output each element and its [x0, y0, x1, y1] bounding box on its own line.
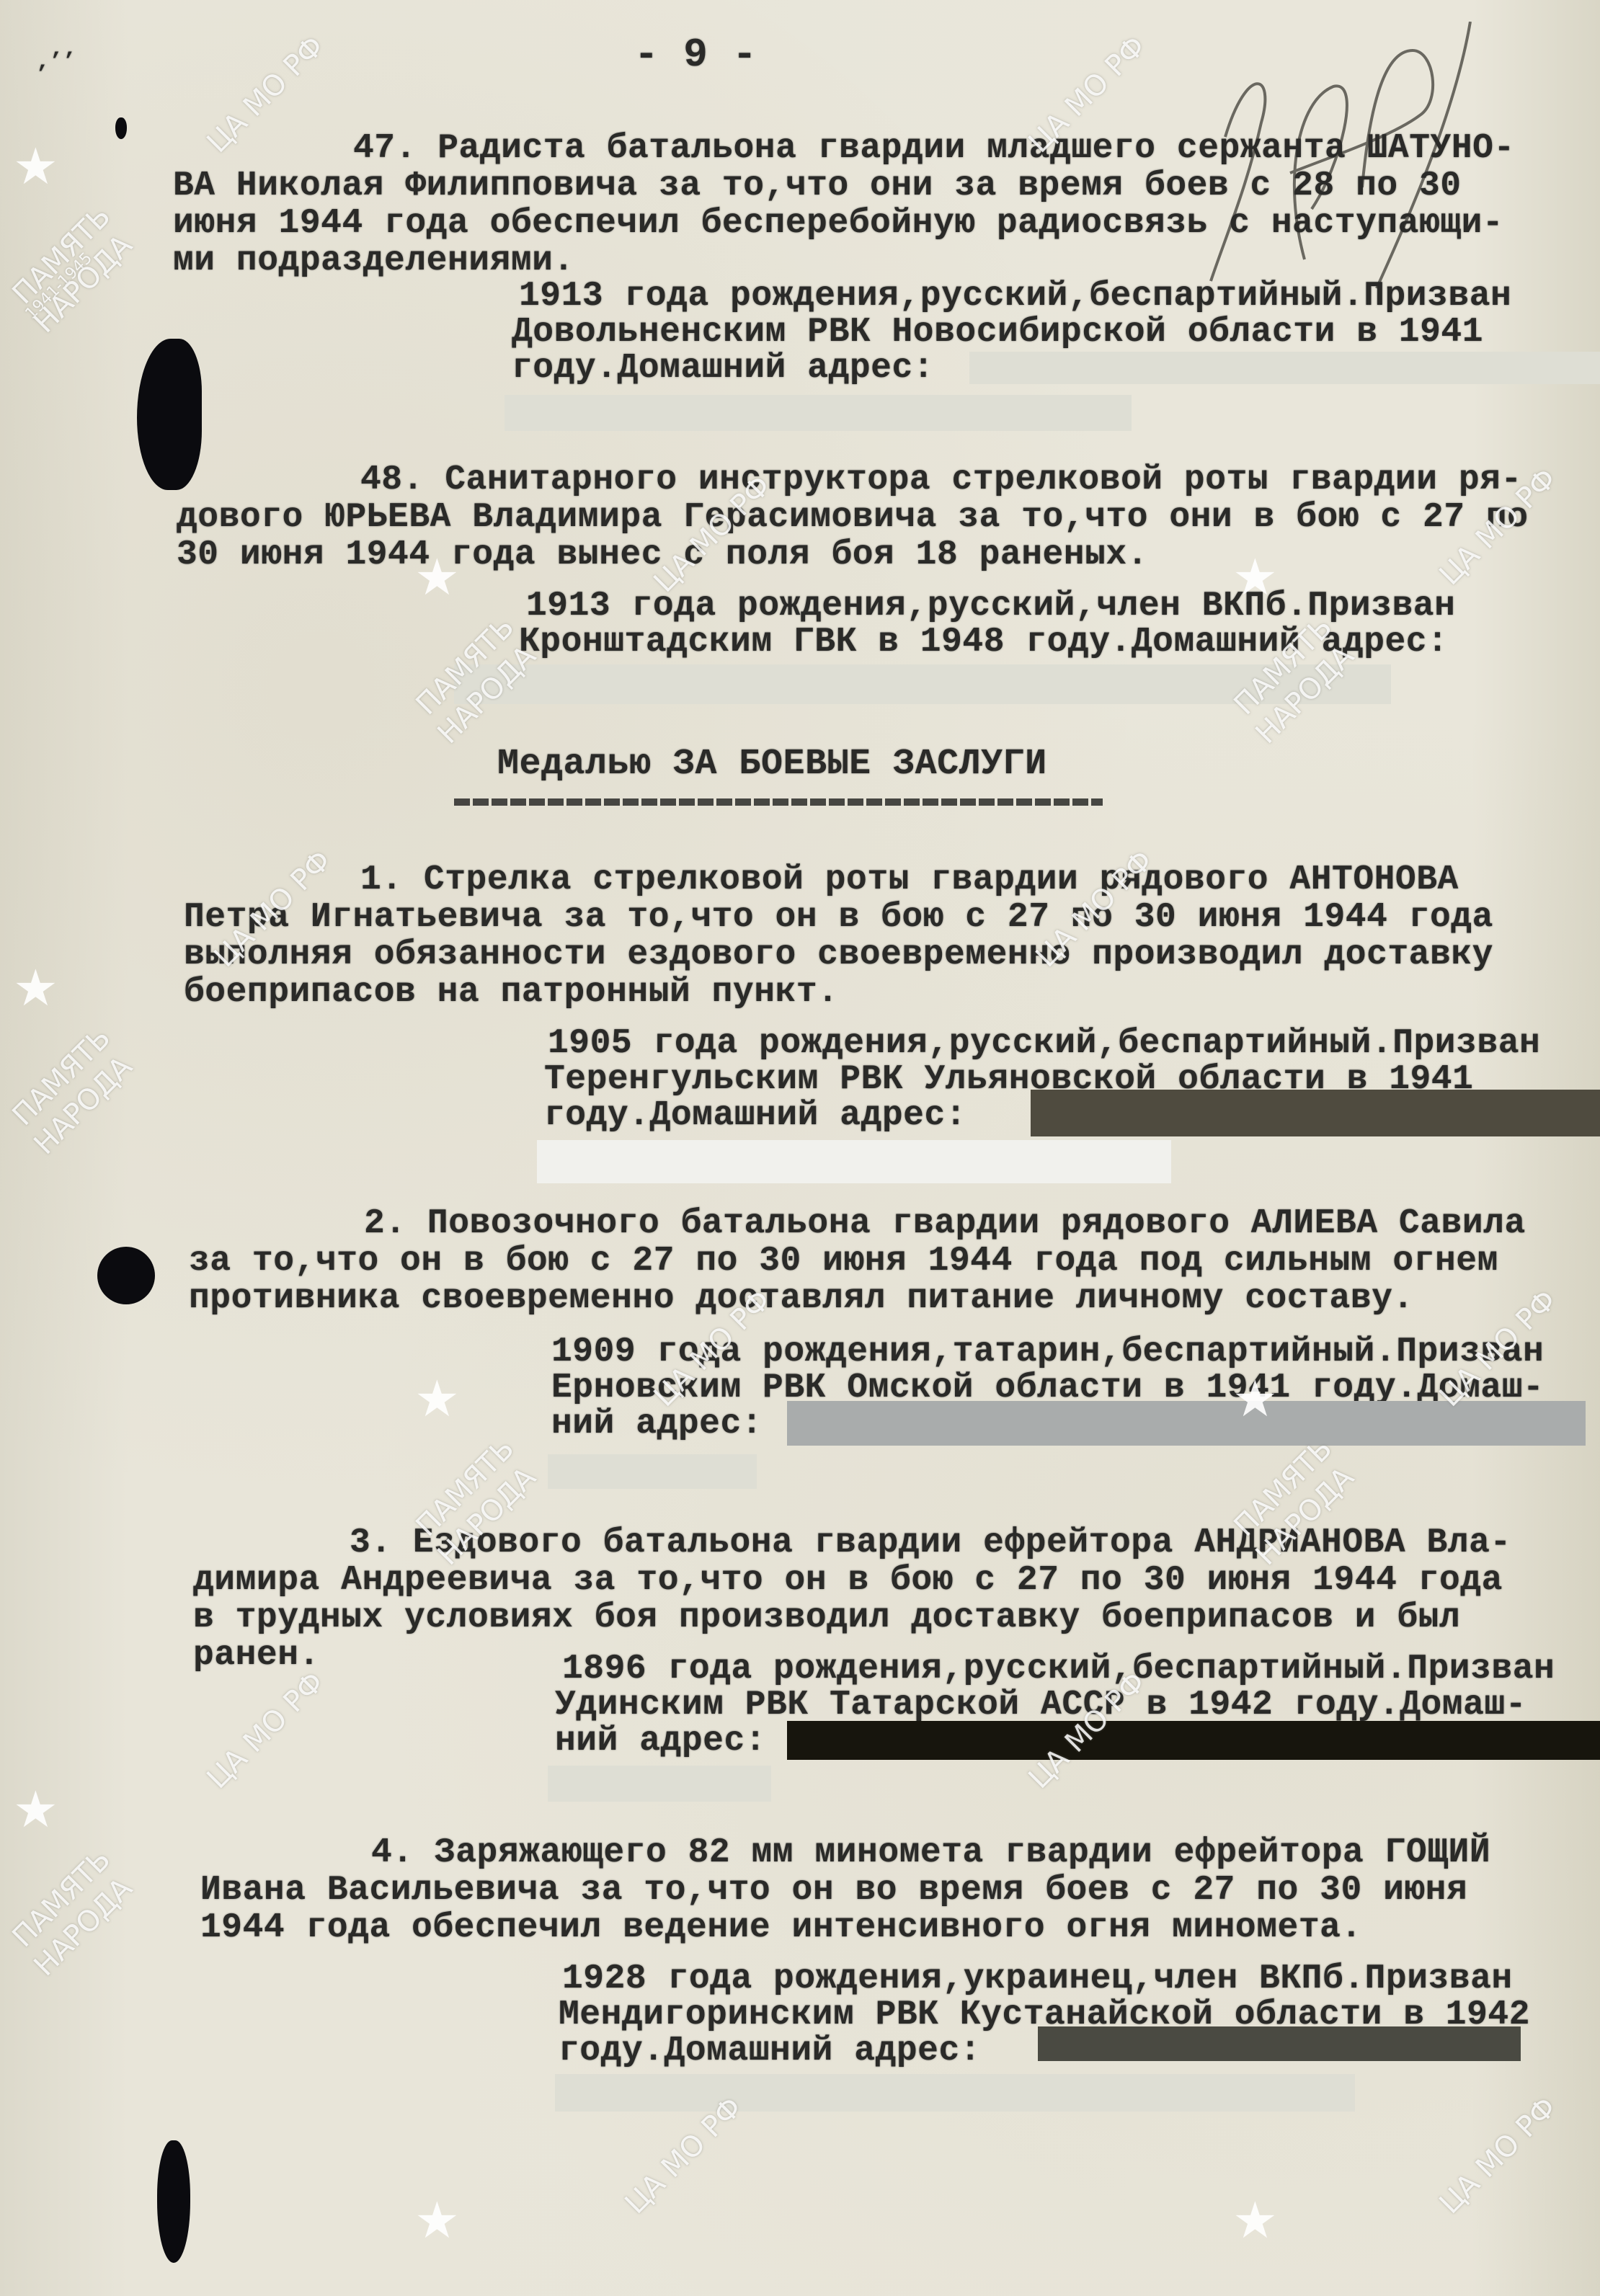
punch-hole	[157, 2140, 190, 2263]
star-icon: ★	[414, 548, 460, 607]
section-heading: Медалью ЗА БОЕВЫЕ ЗАСЛУГИ	[497, 746, 1047, 783]
star-icon: ★	[1232, 1369, 1278, 1428]
entry-bio-line: ний адрес:	[555, 1722, 766, 1760]
entry-text-line: 48. Санитарного инструктора стрелковой р…	[360, 461, 1522, 499]
redaction-bar	[1038, 2026, 1521, 2061]
entry-text-line: боеприпасов на патронный пункт.	[184, 974, 838, 1011]
star-icon: ★	[1232, 2191, 1278, 2250]
entry-text-line: 1. Стрелка стрелковой роты гвардии рядов…	[360, 861, 1459, 899]
entry-text-line: ВА Николая Филипповича за то,что они за …	[173, 167, 1462, 205]
entry-text-line: 2. Повозочного батальона гвардии рядовог…	[364, 1205, 1526, 1242]
punch-hole	[97, 1247, 155, 1304]
entry-bio-line: 1905 года рождения,русский,беспартийный.…	[548, 1025, 1540, 1062]
redaction-bar	[505, 395, 1132, 431]
redaction-bar	[1031, 1090, 1600, 1136]
star-icon: ★	[13, 958, 58, 1018]
redaction-bar	[548, 1766, 771, 1802]
corner-marks: ‚’’	[36, 43, 76, 81]
page-number: - 9 -	[634, 36, 757, 74]
entry-text-line: Петра Игнатьевича за то,что он в бою с 2…	[184, 899, 1493, 936]
redaction-bar	[787, 1721, 1600, 1760]
punch-hole	[137, 339, 202, 490]
watermark-archive: ЦА МО РФ	[1434, 2092, 1562, 2220]
entry-text-line: 4. Заряжающего 82 мм миномета гвардии еф…	[371, 1834, 1490, 1872]
entry-text-line: дового ЮРЬЕВА Владимира Герасимовича за …	[177, 499, 1529, 536]
entry-bio-line: году.Домашний адрес:	[544, 1097, 966, 1134]
entry-bio-line: году.Домашний адрес:	[559, 2032, 981, 2070]
entry-text-line: димира Андреевича за то,что он в бою с 2…	[193, 1562, 1503, 1599]
entry-text-line: 3. Ездового батальона гвардии ефрейтора …	[350, 1524, 1511, 1562]
star-icon: ★	[414, 1369, 460, 1428]
watermark-archive: ЦА МО РФ	[202, 31, 329, 159]
entry-bio-line: Довольненским РВК Новосибирской области …	[512, 313, 1483, 351]
redaction-bar	[787, 1401, 1586, 1446]
entry-bio-line: 1913 года рождения,русский,беспартийный.…	[519, 277, 1511, 315]
entry-text-line: выполняя обязанности ездового своевремен…	[184, 936, 1493, 974]
entry-text-line: ми подразделениями.	[173, 242, 574, 280]
entry-text-line: 1944 года обеспечил ведение интенсивного…	[200, 1909, 1362, 1946]
watermark-archive: ЦА МО РФ	[202, 1667, 329, 1794]
entry-text-line: июня 1944 года обеспечил бесперебойную р…	[173, 205, 1503, 242]
entry-bio-line: ний адрес:	[551, 1405, 763, 1443]
entry-text-line: ранен.	[193, 1637, 320, 1674]
entry-text-line: Ивана Васильевича за то,что он во время …	[200, 1872, 1467, 1909]
star-icon: ★	[414, 2191, 460, 2250]
entry-text-line: противника своевременно доставлял питани…	[189, 1280, 1414, 1317]
heading-underline	[454, 798, 1103, 806]
redaction-bar	[548, 1454, 757, 1489]
redaction-bar	[555, 2074, 1355, 2112]
entry-text-line: за то,что он в бою с 27 по 30 июня 1944 …	[189, 1242, 1498, 1280]
entry-bio-line: 1896 года рождения,русский,беспартийный.…	[562, 1650, 1555, 1688]
redaction-bar	[969, 352, 1600, 384]
star-icon: ★	[13, 1780, 58, 1839]
entry-text-line: 47. Радиста батальона гвардии младшего с…	[353, 130, 1515, 167]
punch-hole	[115, 117, 127, 139]
entry-bio-line: Удинским РВК Татарской АССР в 1942 году.…	[555, 1686, 1526, 1724]
entry-text-line: в трудных условиях боя производил достав…	[193, 1599, 1460, 1637]
star-icon: ★	[13, 137, 58, 196]
entry-bio-line: 1928 года рождения,украинец,член ВКПб.Пр…	[562, 1960, 1513, 1998]
star-icon: ★	[1232, 548, 1278, 607]
entry-bio-line: году.Домашний адрес:	[512, 350, 934, 387]
redaction-bar	[537, 1140, 1171, 1183]
